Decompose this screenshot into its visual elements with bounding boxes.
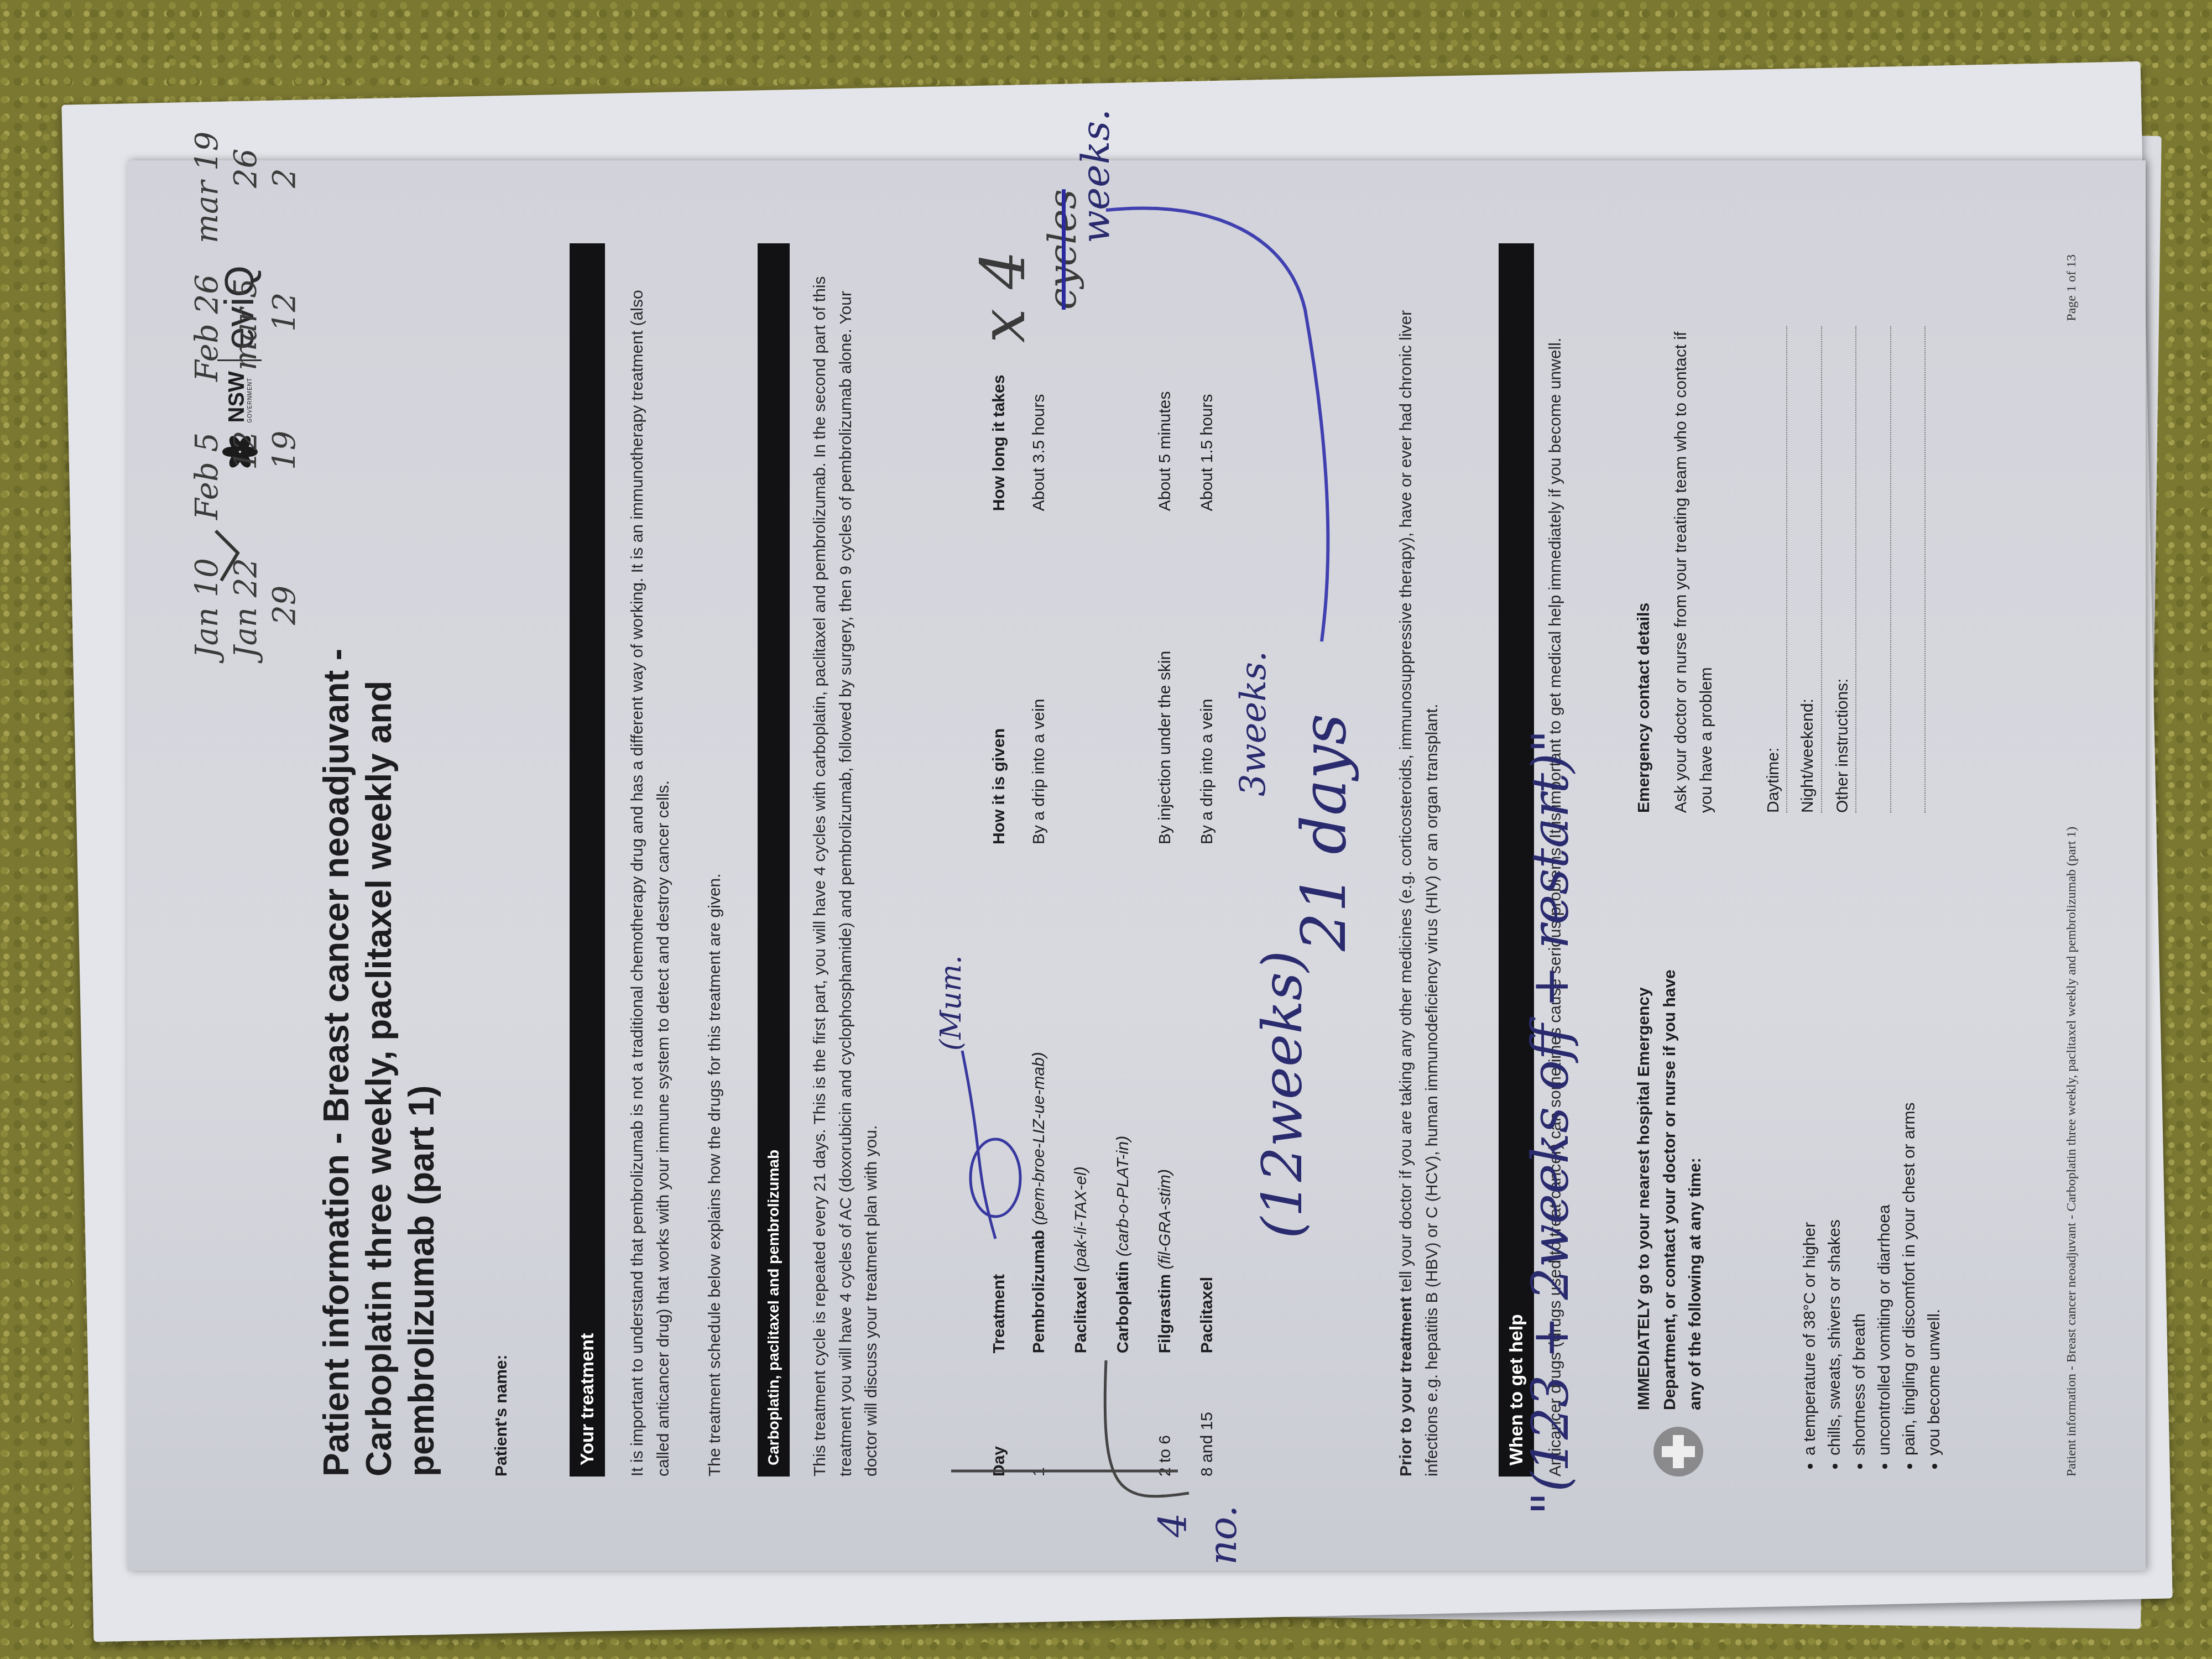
treatment-cell: Filgrastim (fil-GRA-stim) bbox=[1149, 844, 1191, 1353]
table-row: 2 to 6Filgrastim (fil-GRA-stim)By inject… bbox=[1149, 271, 1191, 1477]
drug-name: Carboplatin bbox=[1114, 1261, 1132, 1354]
section-header-your-treatment: Your treatment bbox=[570, 243, 605, 1477]
symptom-item: shortness of breath bbox=[1847, 1102, 1872, 1455]
footer-title: Patient information - Breast cancer neoa… bbox=[2064, 827, 2079, 1477]
drug-pronunciation: (carb-o-PLAT-in) bbox=[1114, 1136, 1132, 1256]
handwritten-3-weeks: 3weeks. bbox=[1233, 651, 1274, 796]
daytime-field[interactable]: Daytime: bbox=[1761, 326, 1788, 813]
treatment-intro: It is important to understand that pembr… bbox=[625, 254, 676, 1477]
other-instructions-field[interactable]: Other instructions: bbox=[1830, 326, 1857, 813]
emergency-contact-text: Ask your doctor or nurse from your treat… bbox=[1668, 315, 1720, 813]
how-cell: By injection under the skin bbox=[1149, 511, 1191, 844]
symptom-item: uncontrolled vomiting or diarrhoea bbox=[1872, 1102, 1897, 1455]
page-number: Page 1 of 13 bbox=[2064, 254, 2079, 321]
document-page-wrapper: NSW GOVERNMENT eviQ Patient information … bbox=[127, 160, 2146, 1571]
page-footer: Patient information - Breast cancer neoa… bbox=[2064, 243, 2079, 1477]
day-cell bbox=[1065, 1353, 1107, 1477]
drug-name: Paclitaxel bbox=[1072, 1277, 1090, 1353]
handwritten-x4: x 4 bbox=[968, 251, 1039, 343]
handwritten-dates-col2: Feb 51219 bbox=[188, 431, 304, 520]
drug-pronunciation: (pem-broe-LIZ-ue-mab) bbox=[1030, 1052, 1048, 1225]
drug-name: Filgrastim bbox=[1156, 1274, 1174, 1353]
how-cell: By a drip into a vein bbox=[1023, 511, 1065, 844]
how-cell bbox=[1065, 511, 1107, 844]
drug-pronunciation: (fil-GRA-stim) bbox=[1156, 1169, 1174, 1270]
day-cell: 2 to 6 bbox=[1149, 1353, 1191, 1477]
symptom-item: you become unwell. bbox=[1922, 1102, 1947, 1455]
patient-name-label: Patient's name: bbox=[492, 1354, 511, 1477]
emergency-contact-heading: Emergency contact details bbox=[1631, 315, 1657, 813]
table-row: Paclitaxel (pak-li-TAX-el) bbox=[1065, 271, 1107, 1477]
table-row: Carboplatin (carb-o-PLAT-in) bbox=[1107, 271, 1149, 1477]
column-header-day: Day bbox=[984, 1353, 1023, 1477]
drug-name: Paclitaxel bbox=[1198, 1277, 1216, 1353]
drug-pronunciation: (pak-li-TAX-el) bbox=[1072, 1166, 1090, 1272]
handwritten-dates-col4: mar 19262 bbox=[188, 132, 304, 243]
prior-to-treatment-note: Prior to your treatment tell your doctor… bbox=[1394, 254, 1445, 1477]
duration-cell bbox=[1107, 271, 1149, 511]
schedule-intro: The treatment schedule below explains ho… bbox=[702, 254, 728, 1477]
table-row: 8 and 15Paclitaxel By a drip into a vein… bbox=[1191, 271, 1233, 1477]
medical-cross-icon bbox=[1653, 1427, 1703, 1477]
symptom-item: chills, sweats, shivers or shakes bbox=[1822, 1102, 1847, 1455]
how-cell: By a drip into a vein bbox=[1191, 511, 1233, 844]
treatment-schedule-table: Day Treatment How it is given How long i… bbox=[984, 271, 1233, 1477]
day-cell: 8 and 15 bbox=[1191, 1353, 1233, 1477]
table-header-row: Day Treatment How it is given How long i… bbox=[984, 271, 1023, 1477]
duration-cell: About 1.5 hours bbox=[1191, 271, 1233, 511]
blank-line[interactable] bbox=[1864, 326, 1891, 813]
blank-line[interactable] bbox=[1899, 326, 1926, 813]
handwritten-twelve-weeks: (12weeks) bbox=[1250, 951, 1314, 1239]
duration-cell: About 5 minutes bbox=[1149, 271, 1191, 511]
treatment-cell: Carboplatin (carb-o-PLAT-in) bbox=[1107, 844, 1149, 1353]
day-cell bbox=[1107, 1353, 1149, 1477]
symptom-list: a temperature of 38°C or higherchills, s… bbox=[1797, 1102, 1947, 1477]
handwritten-no: no. bbox=[1200, 1505, 1245, 1565]
document-page: NSW GOVERNMENT eviQ Patient information … bbox=[127, 160, 2146, 1571]
handwritten-dates-col3: Feb 26mar 512 bbox=[188, 274, 304, 382]
day-cell: 1 bbox=[1023, 1353, 1065, 1477]
column-header-treatment: Treatment bbox=[984, 844, 1023, 1353]
prior-to-treatment-bold: Prior to your treatment bbox=[1397, 1297, 1415, 1477]
regimen-description: This treatment cycle is repeated every 2… bbox=[807, 254, 885, 1477]
treatment-cell: Paclitaxel (pak-li-TAX-el) bbox=[1065, 844, 1107, 1353]
handwritten-margin-note: "(123 + 2weeks off + restart)" bbox=[1521, 729, 1580, 1515]
handwritten-dates-col1: Jan 10Jan 2229 bbox=[188, 558, 304, 658]
handwritten-weeks: weeks. bbox=[1073, 109, 1118, 243]
how-cell bbox=[1107, 511, 1149, 844]
section-header-regimen: Carboplatin, paclitaxel and pembrolizuma… bbox=[758, 243, 790, 1477]
handwritten-mum: (Mum. bbox=[935, 955, 968, 1051]
night-weekend-field[interactable]: Night/weekend: bbox=[1795, 326, 1822, 813]
treatment-cell: Pembrolizumab (pem-broe-LIZ-ue-mab) bbox=[1023, 844, 1065, 1353]
handwritten-21-days: 21 days bbox=[1288, 713, 1359, 951]
handwritten-four: 4 bbox=[1150, 1512, 1196, 1537]
treatment-cell: Paclitaxel bbox=[1191, 844, 1233, 1353]
drug-name: Pembrolizumab bbox=[1030, 1230, 1048, 1353]
table-row: 1Pembrolizumab (pem-broe-LIZ-ue-mab)By a… bbox=[1023, 271, 1065, 1477]
symptom-item: pain, tingling or discomfort in your che… bbox=[1897, 1102, 1922, 1455]
column-header-how: How it is given bbox=[984, 511, 1023, 844]
emergency-contact-box: Emergency contact details Ask your docto… bbox=[1631, 315, 1926, 813]
document-title: Patient information - Breast cancer neoa… bbox=[315, 509, 442, 1477]
immediate-action-text: IMMEDIATELY go to your nearest hospital … bbox=[1631, 957, 1709, 1410]
symptom-item: a temperature of 38°C or higher bbox=[1797, 1102, 1822, 1455]
